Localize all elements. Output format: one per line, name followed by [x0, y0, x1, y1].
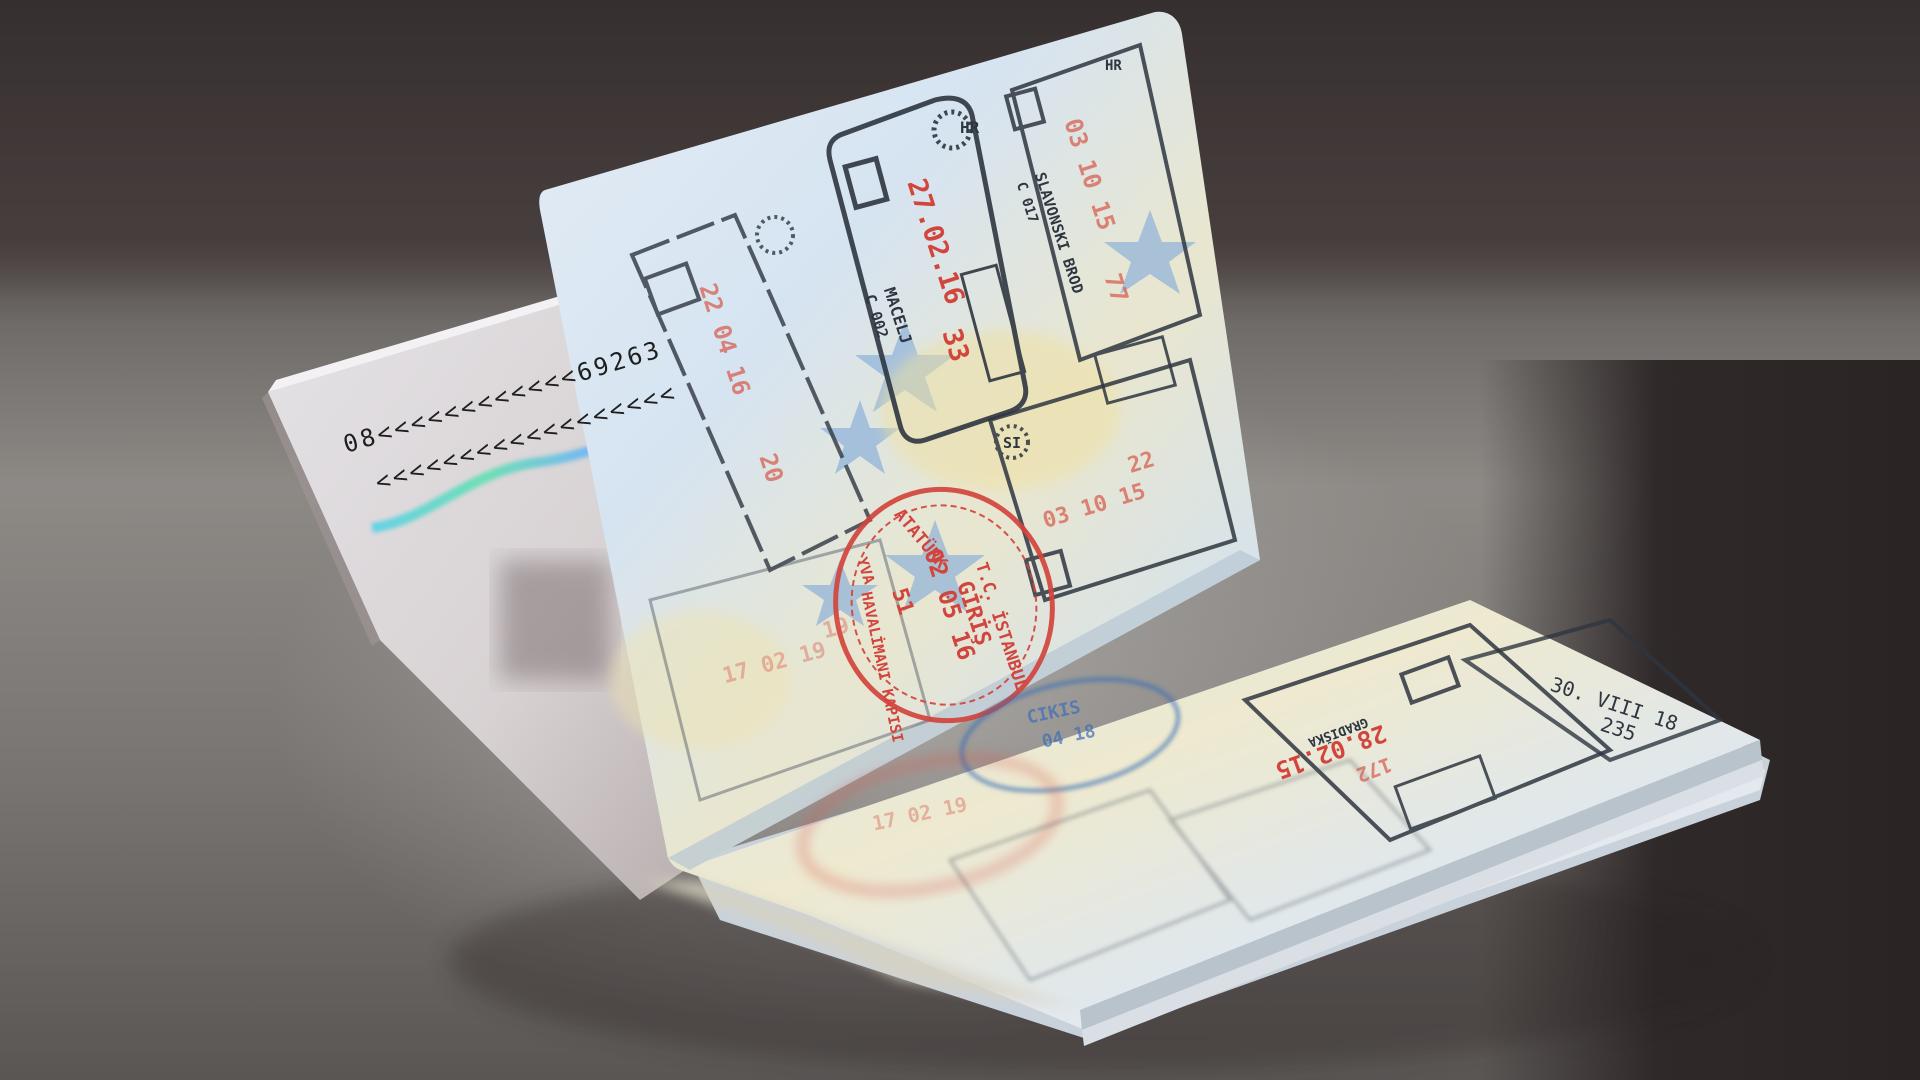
- passport-illustration: [0, 0, 1920, 1080]
- passport-photo: 08<<<<<<<<<<<<69263 <<<<<<<<<<<<<<<<<< 2…: [0, 0, 1920, 1080]
